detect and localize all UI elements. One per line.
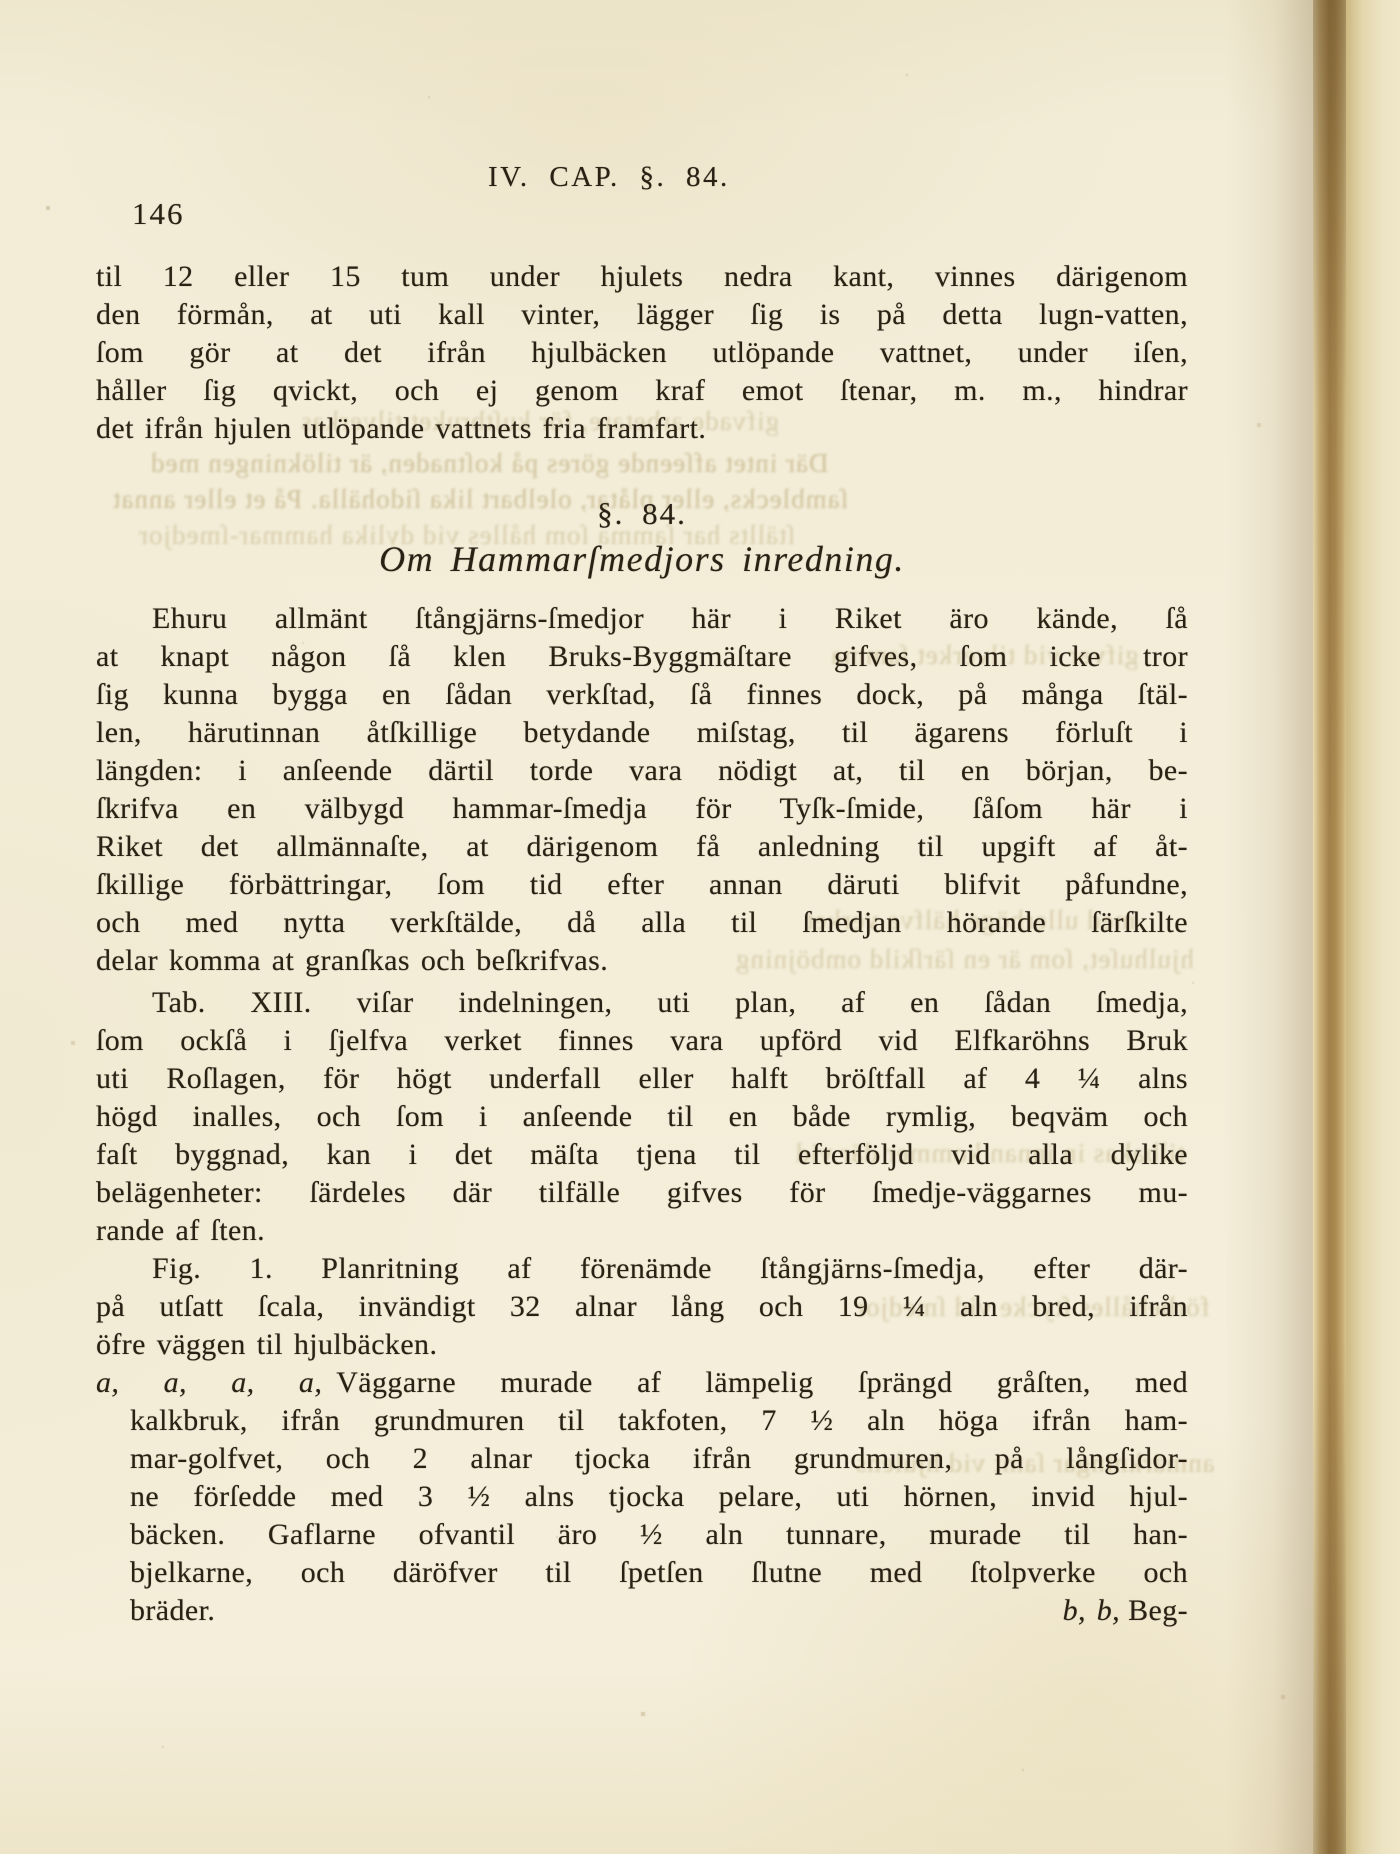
text-line: ſom ockſå i ſjelfva verket finnes vara u… [96,1022,1188,1060]
text-line: Ehuru allmänt ſtångjärns-ſmedjor här i R… [96,600,1188,638]
paper-specks [0,0,2,2]
paragraph-5: a, a, a, a,Väggarne murade af lämpelig ſ… [96,1364,1188,1630]
text-line: delar komma at granſkas och beſkrifvas. [96,942,1188,980]
adjacent-page-edge [1346,0,1400,1854]
text-line: at knapt någon ſå klen Bruks-Byggmäſtare… [96,638,1188,676]
text-line: den förmån, at uti kall vinter, lägger ſ… [96,296,1188,334]
paragraph-last-word: bräder. [130,1594,215,1627]
text-line: uti Roſlagen, för högt underfall eller h… [96,1060,1188,1098]
catchword-roman: Beg- [1128,1594,1188,1627]
text-line: kalkbruk, ifrån grundmuren til takfoten,… [96,1402,1188,1440]
text-line: faſt byggnad, kan i det mäſta tjena til … [96,1136,1188,1174]
item-text: Väggarne murade af lämpelig ſprängd gråſ… [336,1366,1188,1399]
catchword-italic: b, b, [1063,1594,1129,1627]
bleedthrough-line: Där intet afſeende göres på koſtnaden, ä… [150,448,829,479]
page-curl-shadow [1225,0,1313,1854]
text-line: ſom gör at det ifrån hjulbäcken utlöpand… [96,334,1188,372]
section-number: §. 84. [96,496,1188,532]
paragraph-3: Tab. XIII. viſar indelningen, uti plan, … [96,984,1188,1250]
running-head: IV. CAP. §. 84. [488,161,730,194]
text-line: Tab. XIII. viſar indelningen, uti plan, … [96,984,1188,1022]
text-line: på utſatt ſcala, invändigt 32 alnar lång… [96,1288,1188,1326]
text-line: bjelkarne, och däröfver til ſpetſen ſlut… [96,1554,1188,1592]
text-line: håller ſig qvickt, och ej genom kraf emo… [96,372,1188,410]
paragraph-1: til 12 eller 15 tum under hjulets nedra … [96,258,1188,448]
text-line: til 12 eller 15 tum under hjulets nedra … [96,258,1188,296]
text-line: ſkrifva en välbygd hammar-ſmedja för Tyſ… [96,790,1188,828]
text-line: belägenheter: ſärdeles där tilfälle gifv… [96,1174,1188,1212]
book-page-scan: gifvade arbetare, för kuſtbruket tilverk… [0,0,1400,1854]
text-line: ſkillige förbättringar, ſom tid efter an… [96,866,1188,904]
text-line: bäcken. Gaflarne ofvantil äro ½ aln tunn… [96,1516,1188,1554]
text-line: det ifrån hjulen utlöpande vattnets fria… [96,410,1188,448]
item-label: a, a, a, a, [96,1366,336,1399]
text-line: ſig kunna bygga en ſådan verkſtad, ſå fi… [96,676,1188,714]
text-line: b, b,Beg- bräder. [96,1592,1188,1630]
text-line: len, härutinnan åtſkillige betydande miſ… [96,714,1188,752]
paragraph-4: Fig. 1. Planritning af förenämde ſtångjä… [96,1250,1188,1364]
text-line: och med nytta verkſtälde, då alla til ſm… [96,904,1188,942]
section-title: Om Hammarſmedjors inredning. [96,538,1188,580]
page-edge-gutter [1313,0,1346,1854]
text-line: längden: i anſeende därtil torde vara nö… [96,752,1188,790]
text-line: Fig. 1. Planritning af förenämde ſtångjä… [96,1250,1188,1288]
text-line: Riket det allmännaſte, at därigenom få a… [96,828,1188,866]
text-line: rande af ſten. [96,1212,1188,1250]
text-line: öfre väggen til hjulbäcken. [96,1326,1188,1364]
text-line: ne förſedde med 3 ½ alns tjocka pelare, … [96,1478,1188,1516]
page-number: 146 [132,196,185,232]
paragraph-2: Ehuru allmänt ſtångjärns-ſmedjor här i R… [96,600,1188,980]
text-line: mar-golfvet, och 2 alnar tjocka ifrån gr… [96,1440,1188,1478]
catchword: b, b,Beg- [1063,1592,1188,1630]
text-line: högd inalles, och ſom i anſeende til en … [96,1098,1188,1136]
text-line: a, a, a, a,Väggarne murade af lämpelig ſ… [96,1364,1188,1402]
